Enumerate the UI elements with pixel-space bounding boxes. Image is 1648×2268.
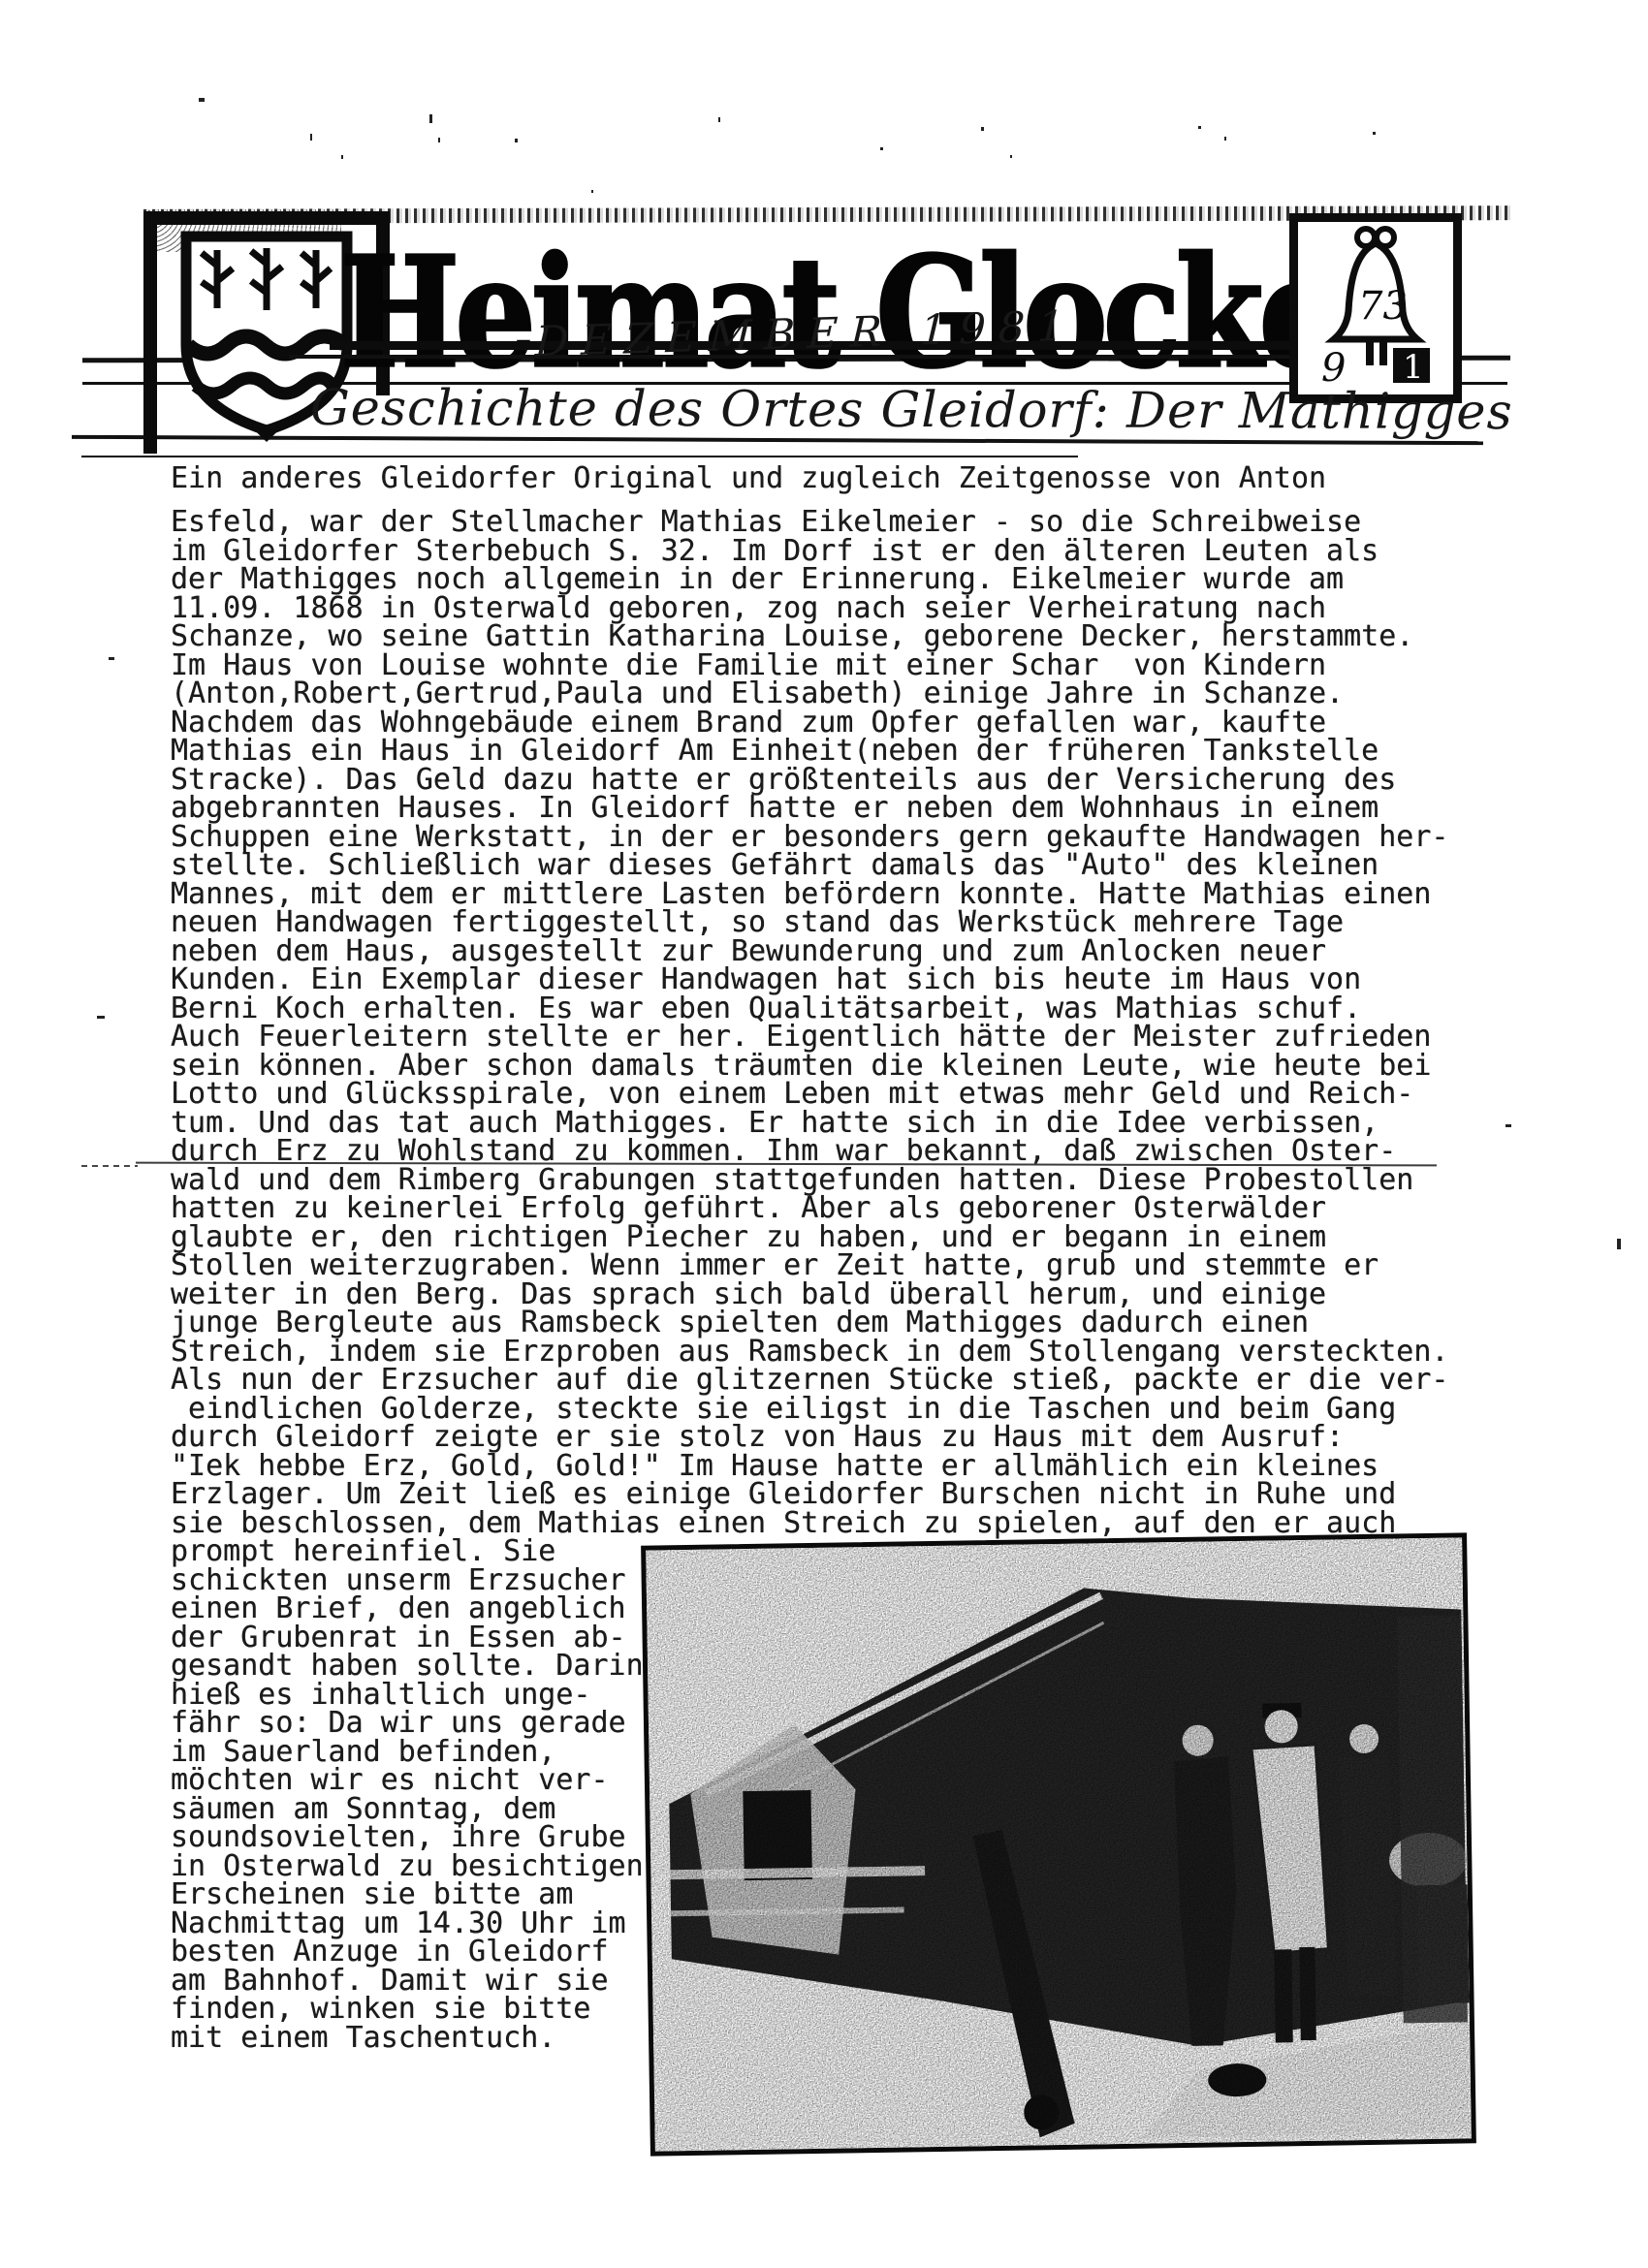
scan-speck (880, 147, 883, 150)
scan-speck (1617, 1239, 1621, 1249)
text-line: Schuppen eine Werkstatt, in der er beson… (171, 823, 1449, 852)
text-line: eindlichen Golderze, steckte sie eiligst… (171, 1395, 1449, 1424)
handwritten-article-title: Geschichte des Ortes Gleidorf: Der Mathi… (310, 380, 1513, 441)
text-line: Mathias ein Haus in Gleidorf Am Einheit(… (171, 737, 1449, 766)
text-line: abgebrannten Hauses. In Gleidorf hatte e… (171, 794, 1449, 823)
scan-speck (1198, 126, 1201, 129)
title-underline-2 (81, 456, 1078, 457)
text-line: durch Gleidorf zeigte er sie stolz von H… (171, 1423, 1449, 1452)
text-line: Stollen weiterzugraben. Wenn immer er Ze… (171, 1251, 1449, 1280)
text-line: glaubte er, den richtigen Piecher zu hab… (171, 1223, 1449, 1252)
scan-speck (1505, 1124, 1511, 1127)
scanned-newsletter-page: Heimat Glocke 73 9 1 DEZEMBER 1981 Gesch… (0, 0, 1648, 2268)
text-line: stellte. Schließlich war dieses Gefährt … (171, 851, 1449, 880)
text-line: Nachdem das Wohngebäude einem Brand zum … (171, 709, 1449, 738)
text-line: durch Erz zu Wohlstand zu kommen. Ihm wa… (171, 1137, 1449, 1166)
text-line: Streich, indem sie Erzproben aus Ramsbec… (171, 1338, 1449, 1367)
scan-speck (109, 657, 114, 660)
bell-icon: 73 9 1 (1298, 222, 1453, 387)
scan-speck (1373, 132, 1376, 135)
scan-speck (97, 1016, 105, 1019)
scan-speck (1224, 137, 1226, 141)
text-line: wald und dem Rimberg Grabungen stattgefu… (171, 1166, 1449, 1195)
scan-speck (981, 127, 984, 131)
scan-speck (199, 98, 205, 102)
text-line: im Gleidorfer Sterbebuch S. 32. Im Dorf … (171, 537, 1449, 566)
text-line: sein können. Aber schon damals träumten … (171, 1052, 1449, 1081)
scan-speck (1010, 155, 1012, 158)
text-line: Esfeld, war der Stellmacher Mathias Eike… (171, 508, 1449, 537)
text-line: hatten zu keinerlei Erfolg geführt. Aber… (171, 1194, 1449, 1223)
text-line: sie beschlossen, dem Mathias einen Strei… (171, 1509, 1449, 1538)
photo-image (646, 1537, 1472, 2151)
scan-speck (341, 155, 343, 159)
text-line: "Iek hebbe Erz, Gold, Gold!" Im Hause ha… (171, 1452, 1449, 1481)
article-photo (641, 1532, 1476, 2156)
fold-crease-dashes (81, 1165, 138, 1167)
bell-year-digit-right: 1 (1403, 348, 1424, 387)
bell-issue-number: 73 (1358, 284, 1408, 329)
bell-emblem: 73 9 1 (1289, 213, 1462, 403)
scan-speck (591, 190, 593, 193)
text-line: Kunden. Ein Exemplar dieser Handwagen ha… (171, 965, 1449, 994)
scan-speck (429, 114, 432, 123)
text-line: Stracke). Das Geld dazu hatte er größten… (171, 766, 1449, 795)
text-line: tum. Und das tat auch Mathigges. Er hatt… (171, 1109, 1449, 1138)
article-intro-line: Ein anderes Gleidorfer Original und zugl… (171, 461, 1326, 495)
scan-speck (310, 134, 312, 141)
text-line: der Mathigges noch allgemein in der Erin… (171, 565, 1449, 594)
text-line: Lotto und Glücksspirale, von einem Leben… (171, 1080, 1449, 1109)
text-line: (Anton,Robert,Gertrud,Paula und Elisabet… (171, 679, 1449, 709)
text-line: Schanze, wo seine Gattin Katharina Louis… (171, 622, 1449, 651)
text-line: Berni Koch erhalten. Es war eben Qualitä… (171, 994, 1449, 1024)
text-line: Mannes, mit dem er mittlere Lasten beför… (171, 880, 1449, 909)
scan-speck (515, 139, 518, 142)
text-line: weiter in den Berg. Das sprach sich bald… (171, 1280, 1449, 1309)
text-line: junge Bergleute aus Ramsbeck spielten de… (171, 1308, 1449, 1338)
text-line: 11.09. 1868 in Osterwald geboren, zog na… (171, 594, 1449, 623)
text-line: neben dem Haus, ausgestellt zur Bewunder… (171, 937, 1449, 966)
text-line: Im Haus von Louise wohnte die Familie mi… (171, 651, 1449, 680)
scan-speck (718, 117, 720, 122)
text-line: Erzlager. Um Zeit ließ es einige Gleidor… (171, 1480, 1449, 1509)
text-line: Auch Feuerleitern stellte er her. Eigent… (171, 1023, 1449, 1052)
scan-speck (438, 138, 440, 142)
text-line: neuen Handwagen fertiggestellt, so stand… (171, 908, 1449, 937)
bell-year-digit-left: 9 (1321, 346, 1346, 387)
text-line: Als nun der Erzsucher auf die glitzernen… (171, 1366, 1449, 1395)
